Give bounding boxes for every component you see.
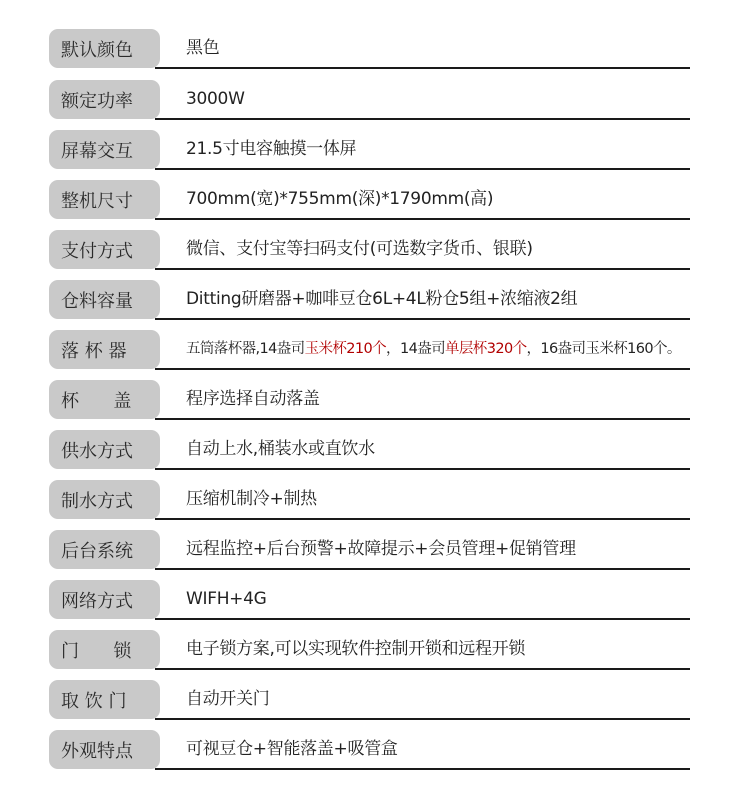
divider	[155, 67, 690, 69]
spec-value: 自动开关门	[186, 684, 270, 714]
spec-value: 五筒落杯器,14盎司玉米杯210个，14盎司单层杯320个，16盎司玉米杯160…	[186, 334, 681, 364]
spec-row-capacity: 仓料容量 Ditting研磨器+咖啡豆仓6L+4L粉仓5组+浓缩液2组	[0, 276, 750, 326]
spec-label: 支付方式	[49, 230, 160, 269]
spec-row-dimensions: 整机尺寸 700mm(宽)*755mm(深)*1790mm(高)	[0, 176, 750, 226]
spec-label: 默认颜色	[49, 29, 160, 68]
divider	[155, 768, 690, 770]
spec-row-screen: 屏幕交互 21.5寸电容触摸一体屏	[0, 126, 750, 176]
value-text: ，14盎司	[386, 341, 445, 357]
spec-value: 黑色	[186, 33, 219, 63]
spec-label: 供水方式	[49, 430, 160, 469]
spec-row-network: 网络方式 WIFH+4G	[0, 576, 750, 626]
spec-label: 额定功率	[49, 80, 160, 119]
spec-row-appearance: 外观特点 可视豆仓+智能落盖+吸管盒	[0, 726, 750, 776]
spec-label: 制水方式	[49, 480, 160, 519]
spec-label: 网络方式	[49, 580, 160, 619]
divider	[155, 568, 690, 570]
spec-value: 远程监控+后台预警+故障提示+会员管理+促销管理	[186, 534, 576, 564]
spec-value: 压缩机制冷+制热	[186, 484, 317, 514]
highlight-text: 玉米杯210个	[305, 341, 386, 357]
spec-row-door-lock: 门 锁 电子锁方案,可以实现软件控制开锁和远程开锁	[0, 626, 750, 676]
spec-value: 程序选择自动落盖	[186, 384, 320, 414]
spec-value: 电子锁方案,可以实现软件控制开锁和远程开锁	[186, 634, 525, 664]
divider	[155, 168, 690, 170]
spec-row-backend: 后台系统 远程监控+后台预警+故障提示+会员管理+促销管理	[0, 526, 750, 576]
highlight-text: 单层杯320个	[445, 341, 526, 357]
divider	[155, 268, 690, 270]
spec-label: 仓料容量	[49, 280, 160, 319]
spec-value: 21.5寸电容触摸一体屏	[186, 134, 356, 164]
spec-label: 外观特点	[49, 730, 160, 769]
spec-row-payment: 支付方式 微信、支付宝等扫码支付(可选数字货币、银联)	[0, 226, 750, 276]
spec-row-lid: 杯 盖 程序选择自动落盖	[0, 376, 750, 426]
spec-value: 可视豆仓+智能落盖+吸管盒	[186, 734, 398, 764]
divider	[155, 368, 690, 370]
spec-value: 3000W	[186, 84, 245, 114]
divider	[155, 118, 690, 120]
divider	[155, 518, 690, 520]
spec-value: Ditting研磨器+咖啡豆仓6L+4L粉仓5组+浓缩液2组	[186, 284, 577, 314]
value-text: 五筒落杯器,14盎司	[186, 341, 305, 357]
spec-row-water-supply: 供水方式 自动上水,桶装水或直饮水	[0, 426, 750, 476]
divider	[155, 418, 690, 420]
divider	[155, 318, 690, 320]
spec-row-power: 额定功率 3000W	[0, 76, 750, 126]
divider	[155, 618, 690, 620]
divider	[155, 218, 690, 220]
divider	[155, 468, 690, 470]
value-text: ，16盎司玉米杯160个。	[526, 341, 680, 357]
spec-label: 后台系统	[49, 530, 160, 569]
spec-row-pickup-door: 取 饮 门 自动开关门	[0, 676, 750, 726]
spec-value: 自动上水,桶装水或直饮水	[186, 434, 375, 464]
divider	[155, 668, 690, 670]
spec-value: 700mm(宽)*755mm(深)*1790mm(高)	[186, 184, 493, 214]
spec-label: 整机尺寸	[49, 180, 160, 219]
divider	[155, 718, 690, 720]
spec-label: 屏幕交互	[49, 130, 160, 169]
spec-value: WIFH+4G	[186, 584, 267, 614]
spec-label: 取 饮 门	[49, 680, 160, 719]
spec-row-color: 默认颜色 黑色	[0, 25, 750, 75]
spec-row-cup-dispenser: 落 杯 器 五筒落杯器,14盎司玉米杯210个，14盎司单层杯320个，16盎司…	[0, 326, 750, 376]
spec-label: 落 杯 器	[49, 330, 160, 369]
spec-label: 杯 盖	[49, 380, 160, 419]
spec-value: 微信、支付宝等扫码支付(可选数字货币、银联)	[186, 234, 533, 264]
spec-row-water-processing: 制水方式 压缩机制冷+制热	[0, 476, 750, 526]
spec-label: 门 锁	[49, 630, 160, 669]
